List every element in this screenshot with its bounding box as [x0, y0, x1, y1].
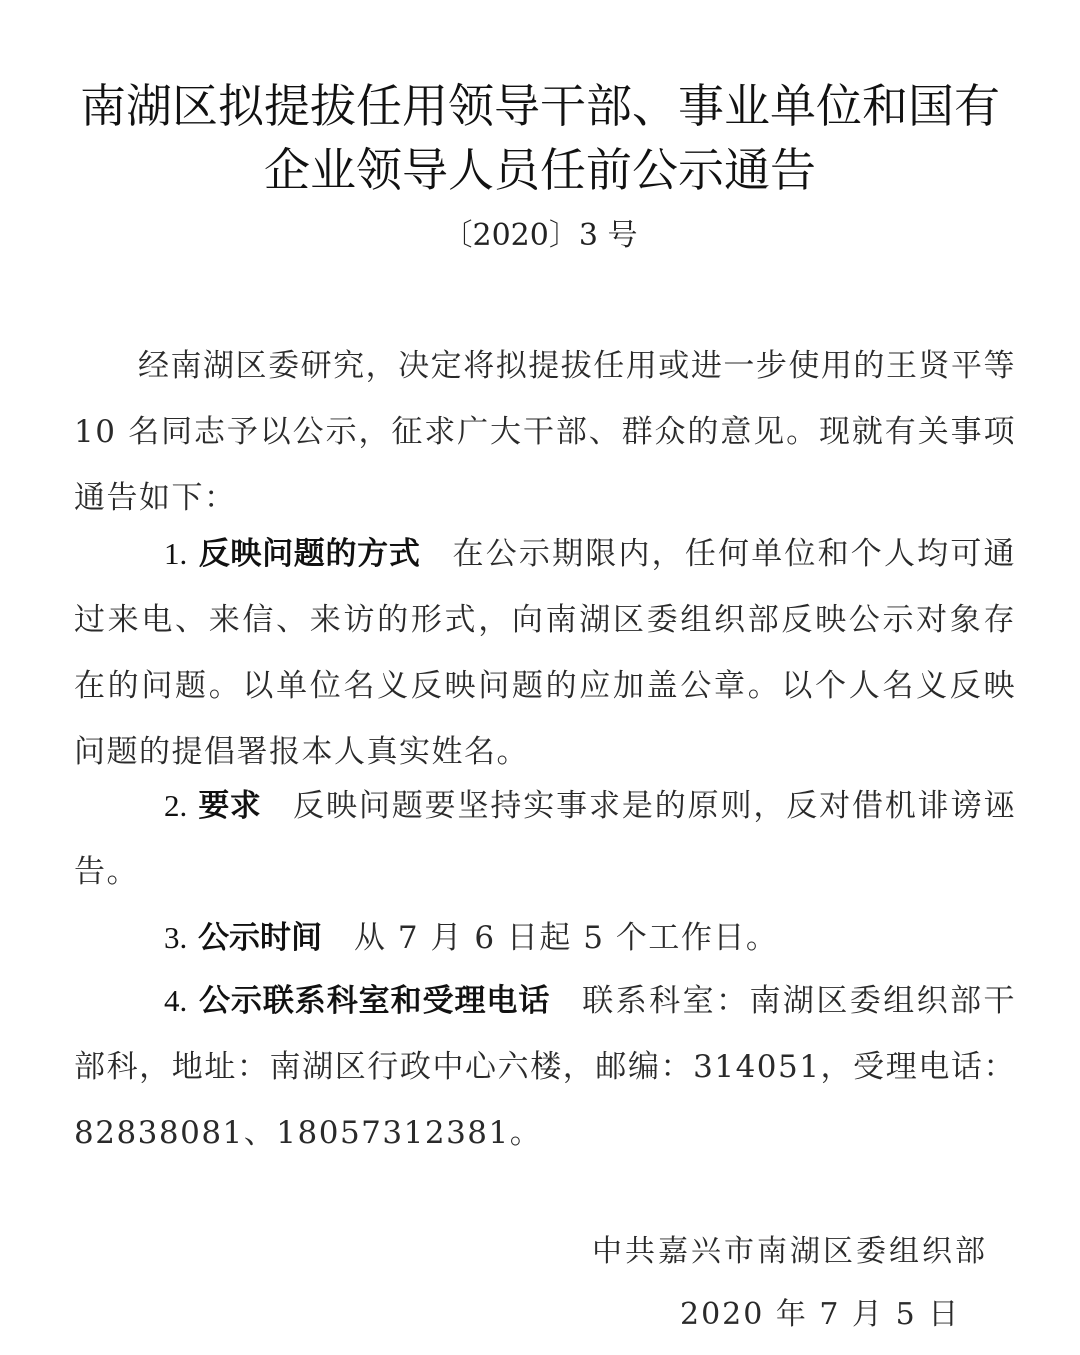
document-title-line-2: 企业领导人员任前公示通告	[0, 140, 1080, 200]
item-2-heading-text: 要求	[198, 788, 261, 824]
intro-paragraph: 经南湖区委研究，决定将拟提拔任用或进一步使用的王贤平等 10 名同志予以公示，征…	[74, 333, 1016, 531]
item-1-heading: 1. 反映问题的方式	[164, 536, 421, 572]
item-2-number: 2.	[164, 788, 187, 823]
item-2-heading: 2. 要求	[164, 788, 261, 824]
item-1: 1. 反映问题的方式在公示期限内，任何单位和个人均可通过来电、来信、来访的形式，…	[74, 521, 1016, 785]
document-number: 〔2020〕3 号	[0, 214, 1080, 258]
item-1-number: 1.	[164, 536, 187, 571]
document-title-line-1: 南湖区拟提拔任用领导干部、事业单位和国有	[0, 76, 1080, 136]
item-3-text: 从 7 月 6 日起 5 个工作日。	[354, 920, 778, 956]
signature-date: 2020 年 7 月 5 日	[680, 1293, 960, 1337]
item-2: 2. 要求反映问题要坚持实事求是的原则，反对借机诽谤诬告。	[74, 773, 1016, 905]
item-4-heading: 4. 公示联系科室和受理电话	[164, 983, 550, 1019]
item-1-heading-text: 反映问题的方式	[199, 536, 421, 572]
item-4: 4. 公示联系科室和受理电话联系科室：南湖区委组织部干部科，地址：南湖区行政中心…	[74, 968, 1016, 1166]
item-4-number: 4.	[164, 983, 187, 1018]
item-3-heading: 3. 公示时间	[164, 920, 322, 956]
item-3-heading-text: 公示时间	[198, 920, 322, 956]
item-4-heading-text: 公示联系科室和受理电话	[199, 983, 550, 1019]
item-3-number: 3.	[164, 920, 187, 955]
signature-organization: 中共嘉兴市南湖区委组织部	[592, 1230, 988, 1274]
item-3: 3. 公示时间从 7 月 6 日起 5 个工作日。	[74, 905, 1016, 971]
